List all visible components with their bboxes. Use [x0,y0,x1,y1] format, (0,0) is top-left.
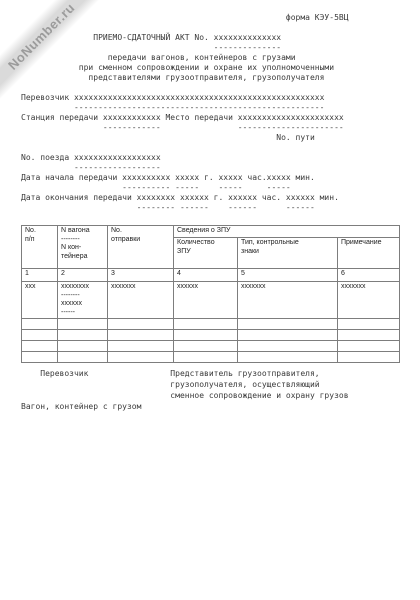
table-empty-row [22,352,400,363]
empty-cell [22,319,58,330]
header-cell-tip-znaki: Тип, контрольные знаки [238,238,338,269]
data-cell-npp: xxx [22,282,58,319]
table-empty-row [22,319,400,330]
doc-line: No. пути [21,133,349,143]
header-cell-zpu-group: Сведения о ЗПУ [174,226,400,238]
doc-line: Дата окончания передачи xxxxxxxx xxxxxx … [21,193,349,203]
doc-line: представителями грузоотправителя, грузоп… [21,73,349,83]
header-cell-primechanie: Примечание [338,238,400,269]
doc-line: при сменном сопровождении и охране их уп… [21,63,349,73]
data-cell-tip-znaki: xxxxxxx [238,282,338,319]
column-number-cell: 1 [22,269,58,282]
table-empty-row [22,341,400,352]
document-page: NoNumber.ru форма КЭУ-5ВЦ ПРИЕМО-СДАТОЧН… [0,0,420,600]
doc-line: ПРИЕМО-СДАТОЧНЫЙ АКТ No. xxxxxxxxxxxxxx [21,33,349,43]
doc-line [21,23,349,33]
doc-line: ------------------ [21,163,349,173]
header-cell-wagon: N вагона -------- N кон- тейнера [58,226,108,269]
empty-cell [22,341,58,352]
empty-cell [22,352,58,363]
data-cell-wagon: xxxxxxxx -------- xxxxxx ------ [58,282,108,319]
empty-cell [238,352,338,363]
footer-line: Вагон, контейнер с грузом [21,401,349,412]
empty-cell [108,319,174,330]
empty-cell [108,352,174,363]
empty-cell [238,341,338,352]
table-header-row-group: No. п/п N вагона -------- N кон- тейнера… [22,226,400,238]
table-column-numbers-row: 1 2 3 4 5 6 [22,269,400,282]
column-number-cell: 4 [174,269,238,282]
doc-line: -------- ------ ------ ------ [21,203,349,213]
empty-cell [238,319,338,330]
empty-cell [338,341,400,352]
doc-line: Перевозчик xxxxxxxxxxxxxxxxxxxxxxxxxxxxx… [21,93,349,103]
data-cell-kolichestvo: xxxxxx [174,282,238,319]
empty-cell [22,330,58,341]
doc-line: Дата начала передачи xxxxxxxxxx xxxxx г.… [21,173,349,183]
header-cell-kolichestvo: Количество ЗПУ [174,238,238,269]
empty-cell [174,352,238,363]
data-cell-otpravka: xxxxxxx [108,282,174,319]
empty-cell [338,330,400,341]
footer-line: грузополучателя, осуществляющий [21,379,349,390]
empty-cell [108,341,174,352]
empty-cell [174,319,238,330]
footer-line: сменное сопровождение и охрану грузов [21,390,349,401]
doc-line: -------------- [21,43,349,53]
empty-cell [108,330,174,341]
column-number-cell: 3 [108,269,174,282]
header-cell-npp: No. п/п [22,226,58,269]
table-data-row: xxx xxxxxxxx -------- xxxxxx ------ xxxx… [22,282,400,319]
document-footer-text: Перевозчик Представитель грузоотправител… [21,368,349,412]
data-cell-primechanie: xxxxxxx [338,282,400,319]
zpu-table: No. п/п N вагона -------- N кон- тейнера… [21,225,400,363]
empty-cell [338,319,400,330]
column-number-cell: 6 [338,269,400,282]
doc-line [21,143,349,153]
empty-cell [238,330,338,341]
doc-line: No. поезда xxxxxxxxxxxxxxxxxx [21,153,349,163]
empty-cell [174,330,238,341]
doc-line [21,83,349,93]
doc-line: передачи вагонов, контейнеров с грузами [21,53,349,63]
footer-line: Перевозчик Представитель грузоотправител… [21,368,349,379]
header-cell-otpravka: No. отправки [108,226,174,269]
document-body-text: форма КЭУ-5ВЦ ПРИЕМО-СДАТОЧНЫЙ АКТ No. x… [21,13,349,213]
doc-line: форма КЭУ-5ВЦ [21,13,349,23]
doc-line: ----------------------------------------… [21,103,349,113]
column-number-cell: 2 [58,269,108,282]
doc-line: ------------ ---------------------- [21,123,349,133]
empty-cell [174,341,238,352]
empty-cell [58,341,108,352]
doc-line: ---------- ----- ----- ----- [21,183,349,193]
empty-cell [58,330,108,341]
empty-cell [58,352,108,363]
empty-cell [338,352,400,363]
column-number-cell: 5 [238,269,338,282]
doc-line: Станция передачи xxxxxxxxxxxx Место пере… [21,113,349,123]
empty-cell [58,319,108,330]
table-empty-row [22,330,400,341]
